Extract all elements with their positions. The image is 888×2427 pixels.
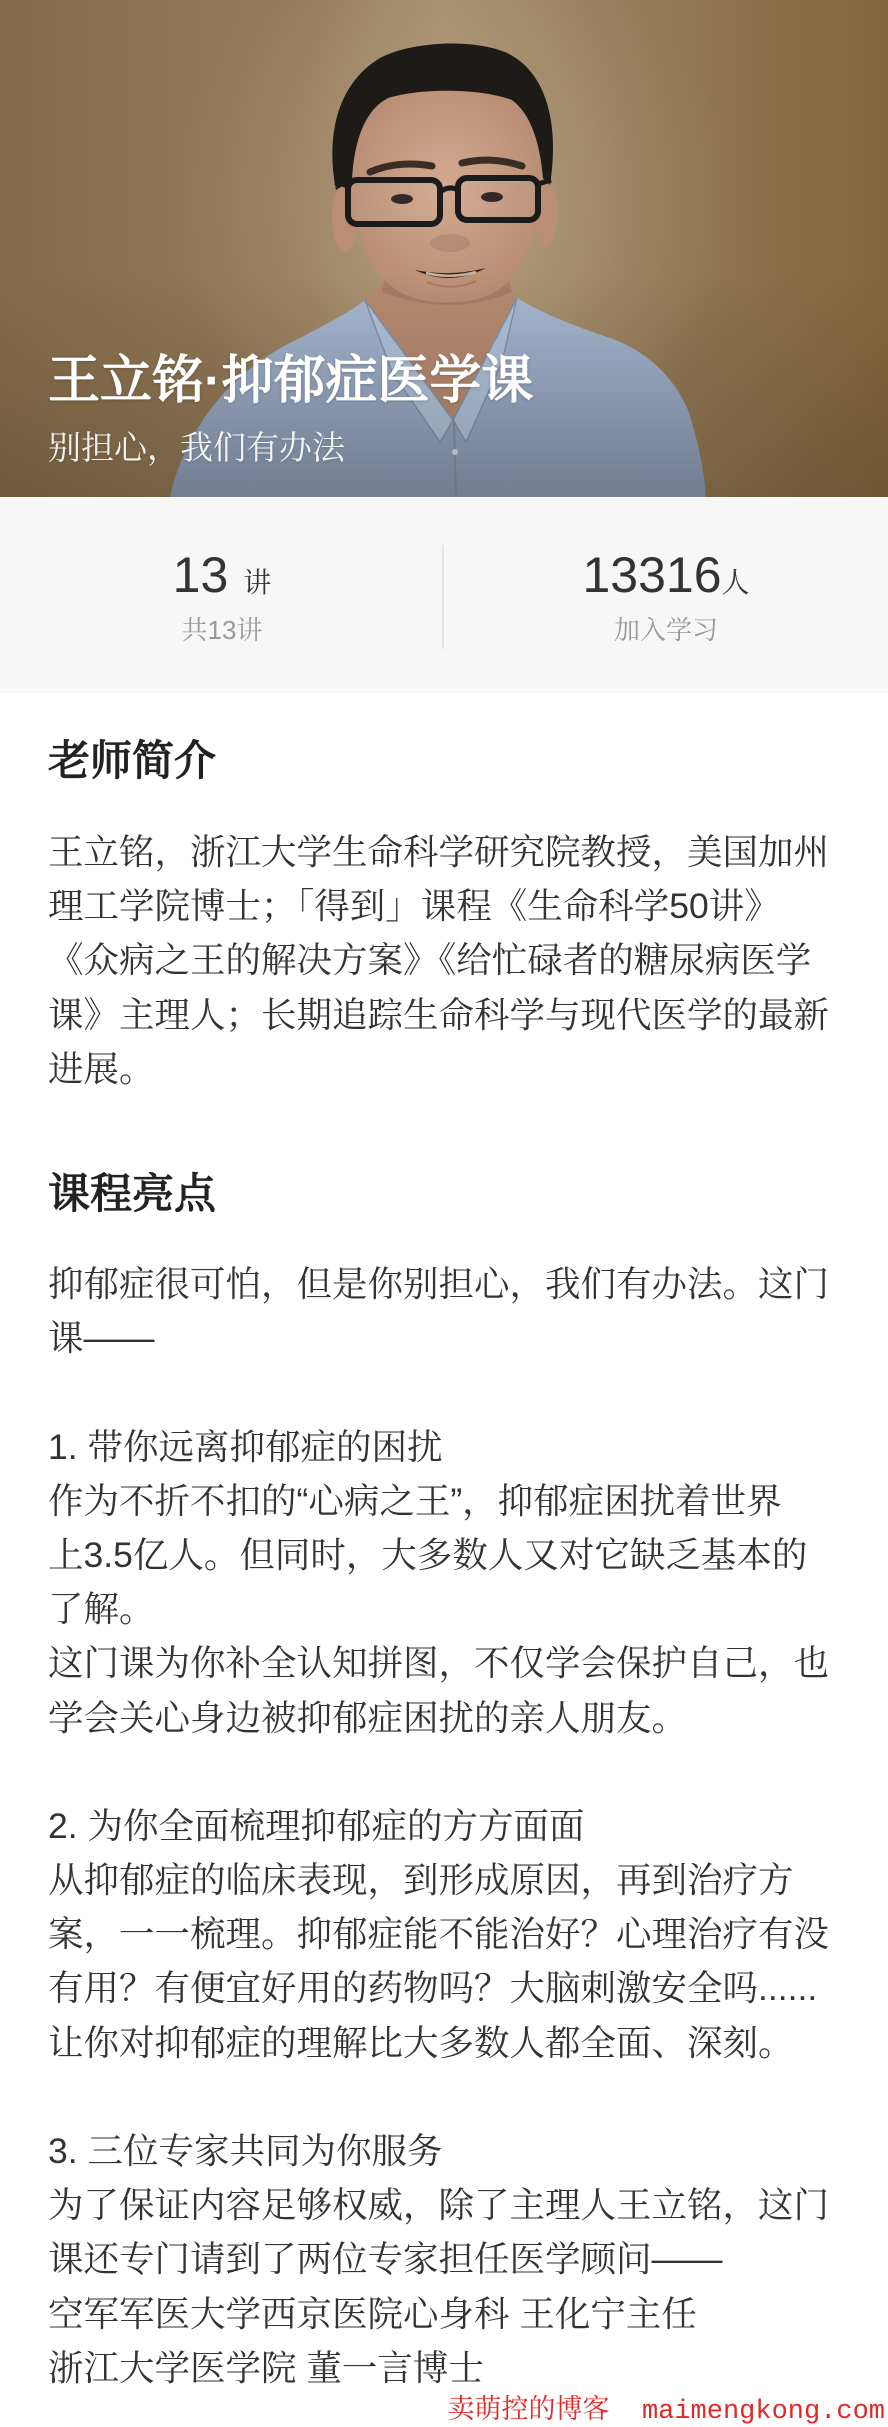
text-line: 浙江大学医学院 董一言博士 (48, 2341, 848, 2395)
lesson-count-value: 13 (173, 547, 229, 603)
blank-line (48, 1365, 848, 1419)
text-line: 让你对抑郁症的理解比大多数人都全面、深刻。 (48, 2016, 848, 2070)
learner-count-value: 13316 (582, 547, 721, 603)
stat-learner-count: 13316人 加入学习 (444, 499, 888, 695)
text-line: 王立铭，浙江大学生命科学研究院教授，美国加州 (48, 825, 848, 879)
text-line: 案，一一梳理。抑郁症能不能治好？心理治疗有没 (48, 1907, 848, 1961)
learner-count-label: 加入学习 (444, 612, 888, 648)
text-line: 作为不折不扣的“心病之王”，抑郁症困扰着世界 (48, 1474, 848, 1528)
text-line: 学会关心身边被抑郁症困扰的亲人朋友。 (48, 1691, 848, 1745)
text-line: 从抑郁症的临床表现，到形成原因，再到治疗方 (48, 1853, 848, 1907)
section-heading-teacher-intro: 老师简介 (48, 731, 216, 791)
highlight-title-1: 1. 带你远离抑郁症的困扰 (48, 1420, 848, 1474)
text-line: 空军军医大学西京医院心身科 王化宁主任 (48, 2287, 848, 2341)
watermark: 卖萌控的博客 maimengkong.com (448, 2396, 885, 2427)
lesson-count-label: 共13讲 (0, 612, 444, 648)
text-line: 理工学院博士；「得到」课程《生命科学50讲》 (48, 879, 848, 933)
stat-number-row: 13讲 (0, 545, 444, 605)
text-line: 课还专门请到了两位专家担任医学顾问—— (48, 2232, 848, 2286)
highlight-title-3: 3. 三位专家共同为你服务 (48, 2124, 848, 2178)
text-line: 课》主理人；长期追踪生命科学与现代医学的最新 (48, 988, 848, 1042)
teacher-portrait-image (0, 0, 888, 497)
course-title: 王立铭·抑郁症医学课 (48, 350, 533, 412)
text-line: 《众病之王的解决方案》《给忙碌者的糖尿病医学 (48, 933, 848, 987)
course-cover: 王立铭·抑郁症医学课 别担心，我们有办法 (0, 0, 888, 497)
course-subtitle: 别担心，我们有办法 (48, 428, 345, 468)
teacher-intro-text: 王立铭，浙江大学生命科学研究院教授，美国加州 理工学院博士；「得到」课程《生命科… (48, 825, 848, 1096)
blank-line (48, 2070, 848, 2124)
learner-count-unit: 人 (722, 567, 750, 598)
text-line: 这门课为你补全认知拼图，不仅学会保护自己，也 (48, 1636, 848, 1690)
section-heading-course-highlights: 课程亮点 (48, 1164, 216, 1224)
course-stats-panel: 13讲 共13讲 13316人 加入学习 (0, 497, 888, 693)
text-line: 了解。 (48, 1582, 848, 1636)
text-line: 进展。 (48, 1042, 848, 1096)
lesson-count-unit: 讲 (243, 567, 271, 598)
course-highlights-text: 抑郁症很可怕，但是你别担心，我们有办法。这门 课—— 1. 带你远离抑郁症的困扰… (48, 1257, 848, 2395)
stat-number-row: 13316人 (444, 545, 888, 605)
text-line: 上3.5亿人。但同时，大多数人又对它缺乏基本的 (48, 1528, 848, 1582)
text-line: 抑郁症很可怕，但是你别担心，我们有办法。这门 (48, 1257, 848, 1311)
blank-line (48, 1745, 848, 1799)
stat-lesson-count: 13讲 共13讲 (0, 499, 444, 695)
text-line: 课—— (48, 1311, 848, 1365)
highlight-title-2: 2. 为你全面梳理抑郁症的方方面面 (48, 1799, 848, 1853)
text-line: 为了保证内容足够权威，除了主理人王立铭，这门 (48, 2178, 848, 2232)
text-line: 有用？有便宜好用的药物吗？大脑刺激安全吗...... (48, 1961, 848, 2015)
